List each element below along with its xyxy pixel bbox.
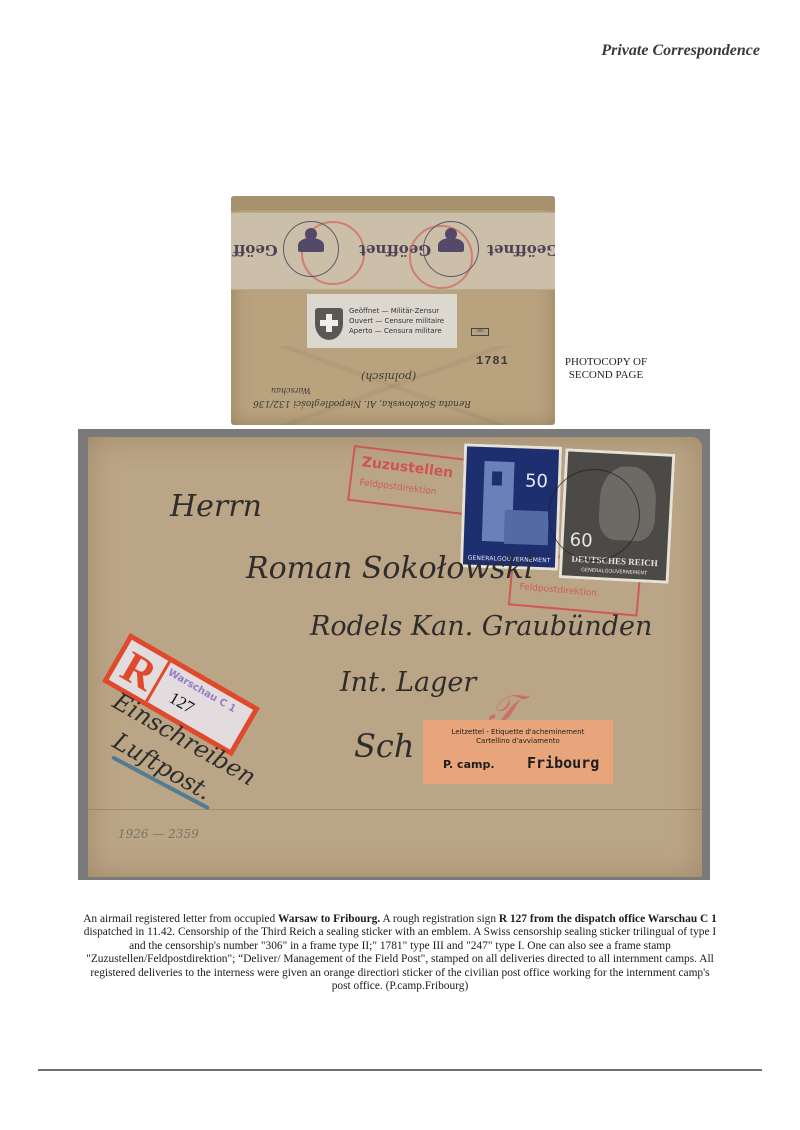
stamp-value: 50: [525, 470, 549, 492]
frame-stamp-subtitle: Feldpostdirektion: [359, 478, 437, 497]
envelope-front-image: Zuzustellen Feldpostdirektion Feldpostdi…: [88, 437, 702, 877]
censor-strip-text: Geöff: [233, 241, 278, 259]
photocopy-note: PHOTOCOPY OF SECOND PAGE: [560, 356, 652, 382]
address-line: Rodels Kan. Graubünden: [310, 611, 652, 642]
caption-bold: R 127 from the dispatch office Warschau …: [499, 913, 717, 925]
swiss-sticker-line: Aperto — Censura militare: [349, 326, 444, 336]
address-line: Sch: [354, 727, 414, 765]
address-name: Roman Sokołowski: [246, 551, 533, 586]
sender-address: Renata Sokołowska, Al. Niepodległości 13…: [253, 398, 471, 408]
building-illustration: [504, 510, 549, 546]
eagle-seal-icon: [423, 221, 479, 277]
sender-note: (polnisch): [361, 370, 416, 383]
caption-text: An airmail registered letter from occupi…: [83, 913, 278, 925]
description-caption: An airmail registered letter from occupi…: [80, 913, 720, 993]
pencil-note: 1926 — 2359: [118, 827, 199, 841]
address-salutation: Herrn: [170, 489, 262, 524]
sticker-city: Fribourg: [527, 754, 599, 772]
sticker-line: Cartellino d'avviamento: [423, 737, 613, 746]
footer-divider: [38, 1069, 762, 1071]
caption-bold: Warsaw to Fribourg.: [278, 913, 380, 925]
sticker-line: Leitzettel - Etiquette d'acheminement: [423, 728, 613, 737]
reich-censor-strip: Geöff Geöffnet Geöffnet: [231, 212, 555, 290]
address-line: Int. Lager: [340, 667, 476, 698]
censor-number-box: 306: [471, 328, 489, 336]
photocopy-note-line: SECOND PAGE: [560, 369, 652, 382]
envelope-fold: [88, 809, 702, 810]
swiss-sticker-line: Ouvert — Censure militaire: [349, 316, 444, 326]
swiss-shield-icon: [315, 308, 343, 340]
envelope-flap: [231, 196, 555, 210]
swiss-censor-sticker: Geöffnet — Militär-Zensur Ouvert — Censu…: [307, 294, 457, 348]
photocopy-note-line: PHOTOCOPY OF: [560, 356, 652, 369]
swiss-sticker-line: Geöffnet — Militär-Zensur: [349, 306, 444, 316]
orange-routing-sticker: Leitzettel - Etiquette d'acheminement Ca…: [423, 720, 613, 784]
eagle-seal-icon: [283, 221, 339, 277]
sender-city: Warschau: [271, 386, 311, 395]
sticker-prefix: P. camp.: [443, 758, 495, 771]
postmark-circle: [548, 469, 640, 561]
frame-stamp-title: Zuzustellen: [361, 454, 454, 481]
censor-number: 1781: [476, 354, 509, 368]
stamp-sublabel: GENERALGOUVERNEMENT: [564, 566, 664, 577]
caption-text: dispatched in 11.42. Censorship of the T…: [84, 926, 716, 992]
envelope-back-image: Geöff Geöffnet Geöffnet Geöffnet — Milit…: [231, 196, 555, 425]
page-title: Private Correspondence: [601, 42, 760, 60]
censor-strip-text: Geöffnet: [487, 241, 555, 259]
caption-text: A rough registration sign: [380, 913, 499, 925]
